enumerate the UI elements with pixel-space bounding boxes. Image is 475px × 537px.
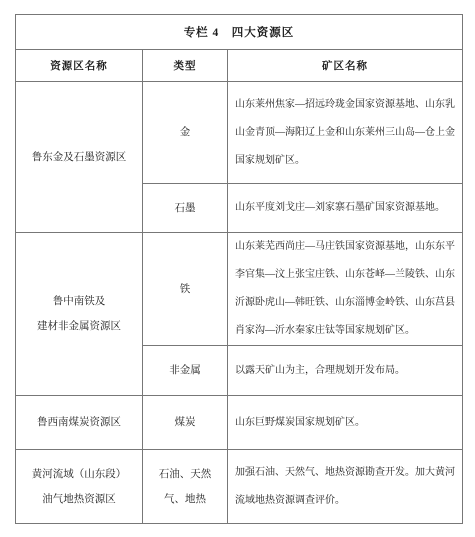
zone-cell-ludong: 鲁东金及石墨资源区 bbox=[16, 82, 143, 233]
mines-cell-nonmetal: 以露天矿山为主，合理规划开发布局。 bbox=[228, 346, 463, 396]
type-cell-graphite: 石墨 bbox=[143, 184, 228, 233]
mines-cell-oil-gas-geothermal: 加强石油、天然气、地热资源勘查开发。加大黄河 流域地热资源调查评价。 bbox=[228, 450, 463, 524]
mines-cell-graphite: 山东平度刘戈庄—刘家寨石墨矿国家资源基地。 bbox=[228, 184, 463, 233]
mines-cell-gold: 山东莱州焦家—招远玲珑金国家资源基地、山东乳 山金青顶—海阳辽上金和山东莱州三山… bbox=[228, 82, 463, 184]
header-mine-name: 矿区名称 bbox=[228, 50, 463, 82]
mines-cell-iron: 山东莱芜西尚庄—马庄铁国家资源基地，山东东平 李官集—汶上张宝庄铁、山东苍峄—兰… bbox=[228, 233, 463, 346]
mines-cell-coal: 山东巨野煤炭国家规划矿区。 bbox=[228, 396, 463, 450]
type-cell-iron: 铁 bbox=[143, 233, 228, 346]
zone-cell-luxinan: 鲁西南煤炭资源区 bbox=[16, 396, 143, 450]
document-page: 专栏 4 四大资源区 资源区名称 类型 矿区名称 鲁东金及石墨资源区 金 山东莱… bbox=[0, 0, 475, 537]
type-cell-oil-gas-geothermal: 石油、天然 气、地热 bbox=[143, 450, 228, 524]
type-cell-gold: 金 bbox=[143, 82, 228, 184]
type-cell-nonmetal: 非金属 bbox=[143, 346, 228, 396]
type-cell-coal: 煤炭 bbox=[143, 396, 228, 450]
zone-cell-luzhongnan: 鲁中南铁及 建材非金属资源区 bbox=[16, 233, 143, 396]
zone-cell-huanghe: 黄河流域（山东段） 油气地热资源区 bbox=[16, 450, 143, 524]
resource-zones-table: 专栏 4 四大资源区 资源区名称 类型 矿区名称 鲁东金及石墨资源区 金 山东莱… bbox=[15, 14, 463, 524]
table-title: 专栏 4 四大资源区 bbox=[16, 15, 463, 50]
header-type: 类型 bbox=[143, 50, 228, 82]
header-zone-name: 资源区名称 bbox=[16, 50, 143, 82]
